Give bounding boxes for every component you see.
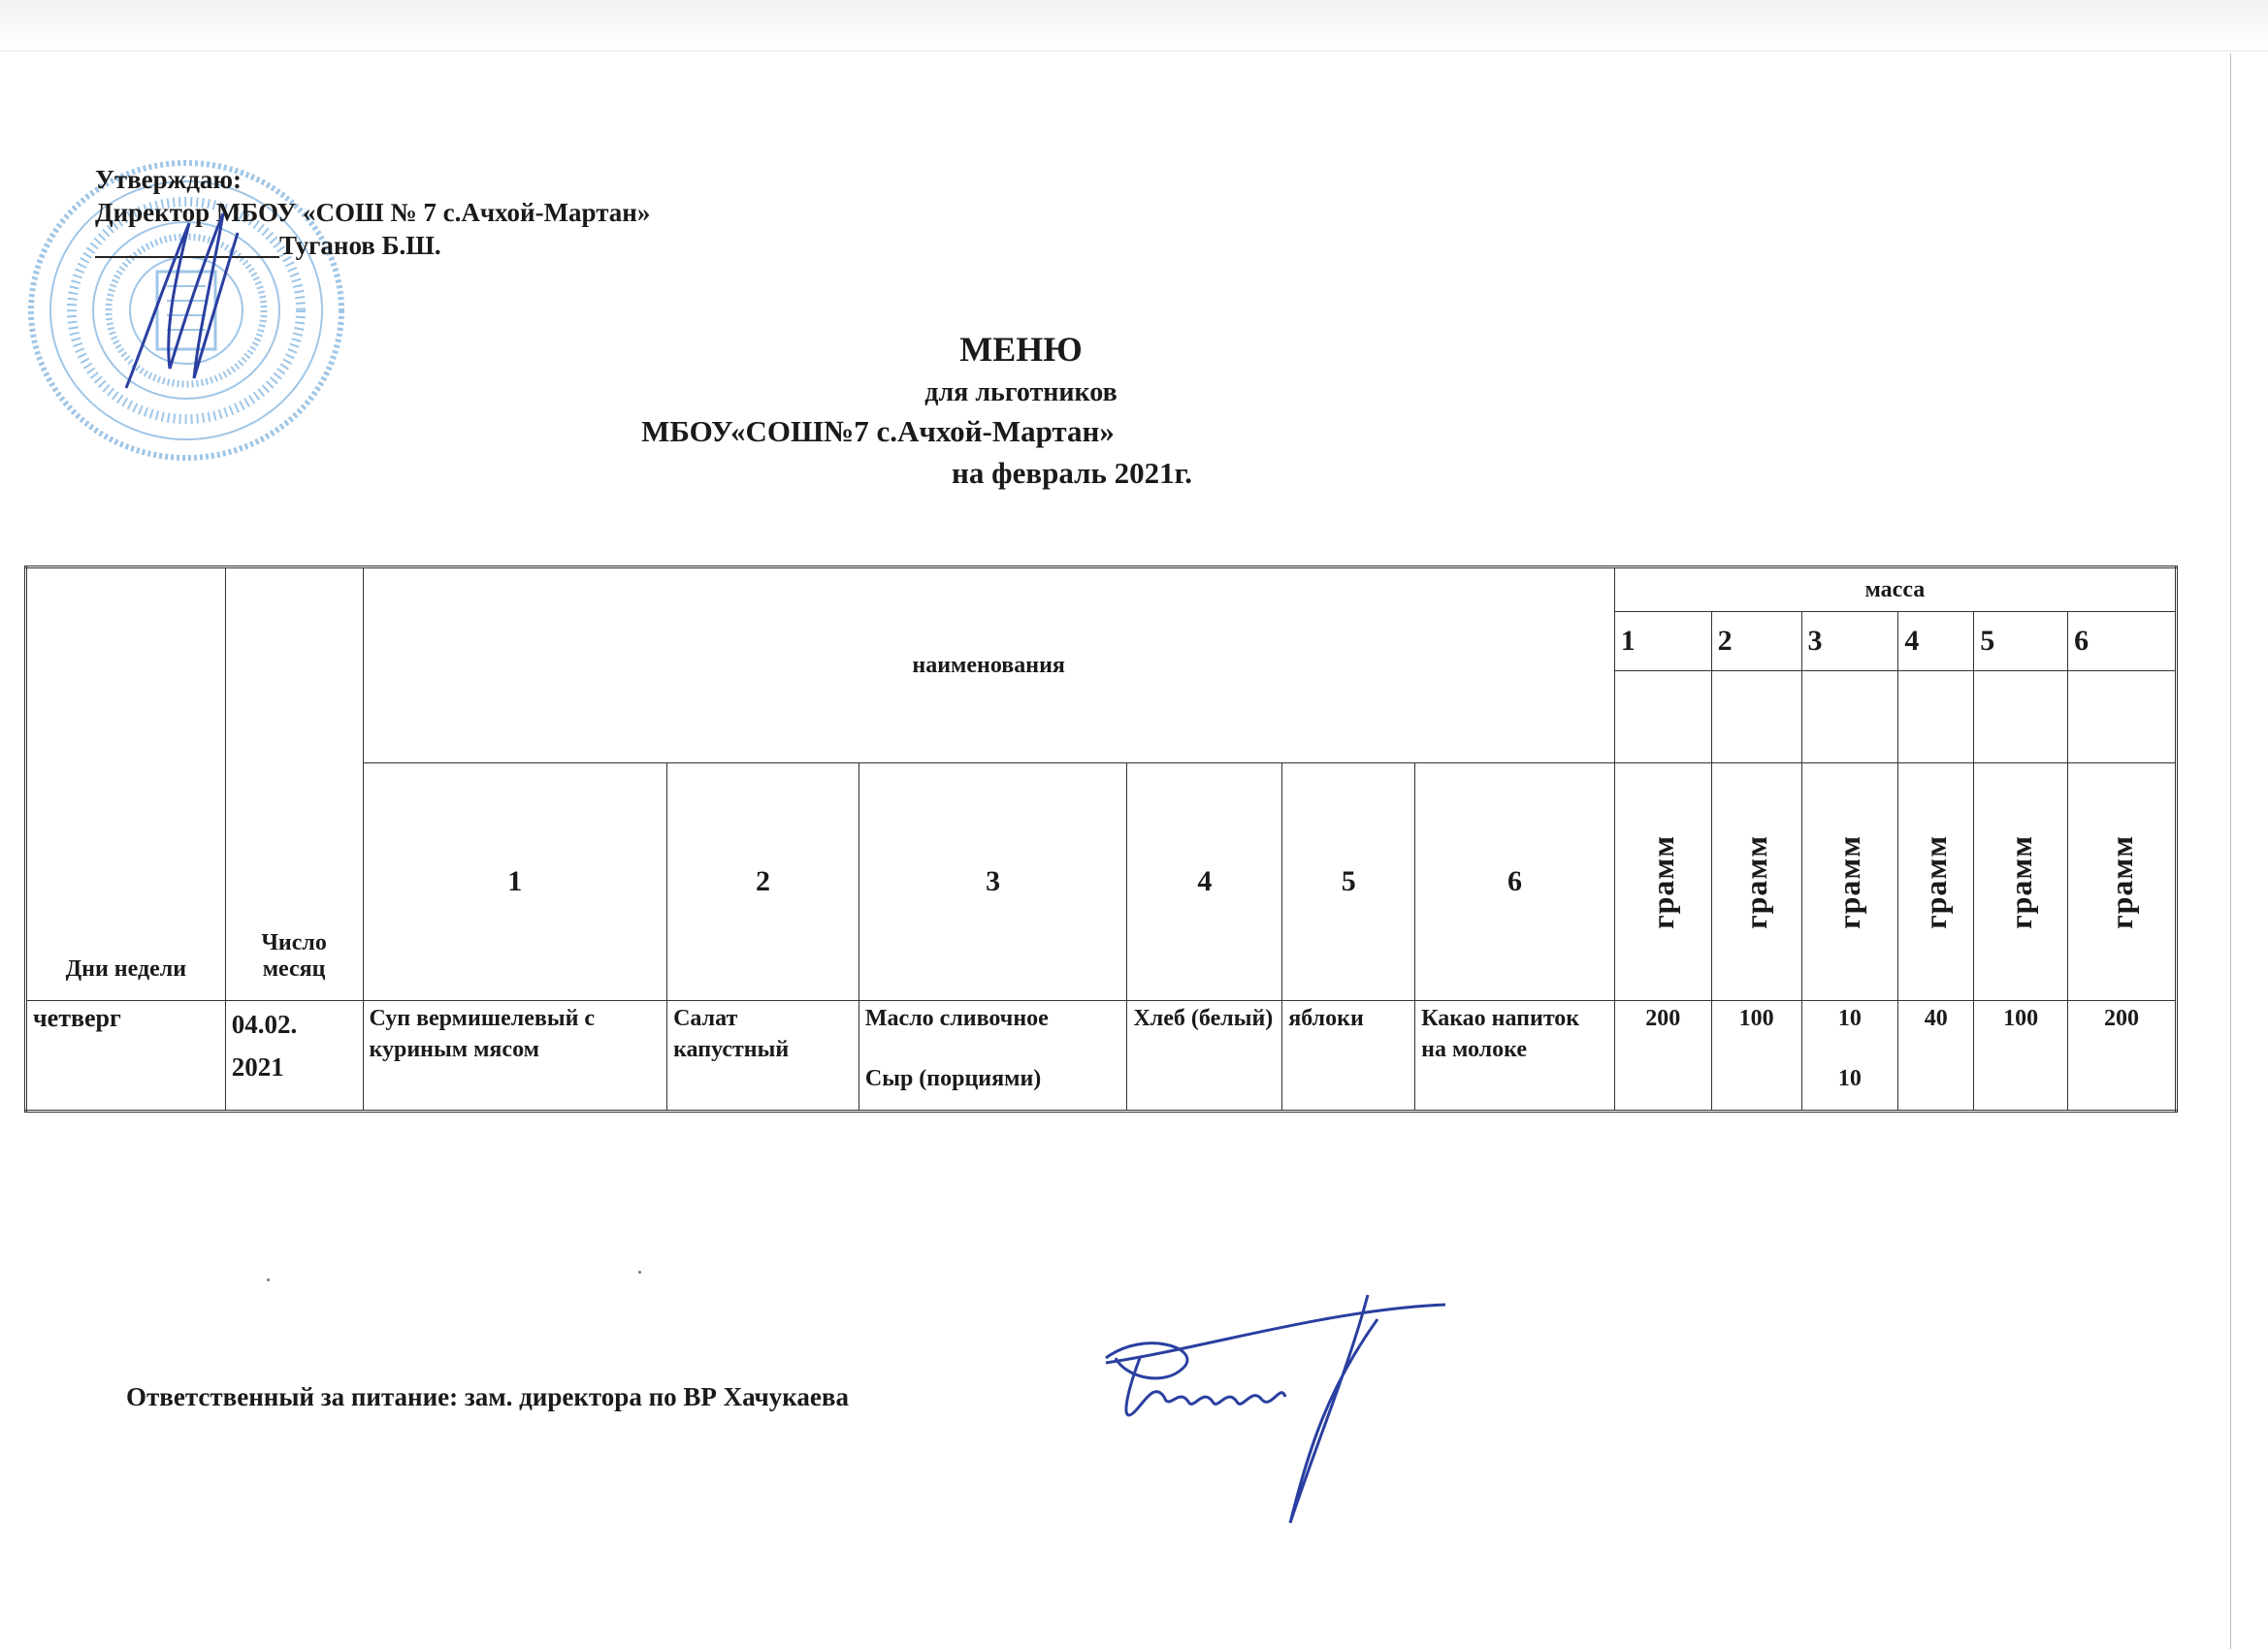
cell-dish-2: Салат капустный (667, 1001, 859, 1112)
name-number-3: 3 (859, 763, 1127, 1001)
mass-unit-5: грамм (1974, 763, 2068, 1001)
cell-mass-1: 200 (1614, 1001, 1711, 1112)
responsible-person: Ответственный за питание: зам. директора… (126, 1382, 849, 1412)
scan-speck (638, 1271, 641, 1274)
menu-table: Дни недели Число месяц наименования масс… (24, 566, 2178, 1113)
mass-unit-label: грамм (1645, 835, 1681, 929)
cell-mass-2: 100 (1711, 1001, 1801, 1112)
responsible-signature-icon (1086, 1290, 1455, 1533)
cell-dish-6: Какао напиток на молоке (1415, 1001, 1615, 1112)
scan-edge-right (2230, 53, 2231, 1649)
cell-dish-3: Масло сливочное Сыр (порциями) (859, 1001, 1127, 1112)
header-date: Число месяц (225, 567, 363, 1001)
cell-date: 04.02. 2021 (225, 1001, 363, 1112)
cell-dish-5: яблоки (1282, 1001, 1415, 1112)
mass-unit-1: грамм (1614, 763, 1711, 1001)
mass-number-5: 5 (1974, 612, 2068, 671)
mass-unit-label: грамм (1831, 835, 1867, 929)
date-line-2: 2021 (232, 1046, 357, 1088)
name-number-6: 6 (1415, 763, 1615, 1001)
approval-name: Туганов Б.Ш. (279, 231, 441, 260)
scan-edge-top (0, 0, 2268, 51)
header-day-of-week: Дни недели (26, 567, 226, 1001)
cell-day: четверг (26, 1001, 226, 1112)
mass-empty-4 (1898, 671, 1974, 763)
dish-3-extra: Сыр (порциями) (865, 1063, 1121, 1094)
title-period: на февраль 2021г. (689, 451, 1455, 496)
scan-speck (267, 1278, 270, 1281)
mass-empty-6 (2068, 671, 2177, 763)
cell-dish-4: Хлеб (белый) (1127, 1001, 1282, 1112)
mass-unit-label: грамм (2003, 835, 2039, 929)
name-number-2: 2 (667, 763, 859, 1001)
mass-unit-4: грамм (1898, 763, 1974, 1001)
document-title: МЕНЮ для льготников МБОУ«СОШ№7 с.Ачхой-М… (582, 325, 1455, 496)
mass-number-4: 4 (1898, 612, 1974, 671)
name-number-5: 5 (1282, 763, 1415, 1001)
mass-unit-label: грамм (1918, 835, 1954, 929)
mass-empty-5 (1974, 671, 2068, 763)
table-row: четверг 04.02. 2021 Суп вермишелевый с к… (26, 1001, 2177, 1112)
cell-mass-3: 10 10 (1801, 1001, 1898, 1112)
mass-empty-3 (1801, 671, 1898, 763)
mass-unit-label: грамм (1738, 835, 1774, 929)
title-subtitle: для льготников (582, 373, 1455, 412)
cell-mass-6: 200 (2068, 1001, 2177, 1112)
name-number-4: 4 (1127, 763, 1282, 1001)
mass-unit-3: грамм (1801, 763, 1898, 1001)
mass-number-3: 3 (1801, 612, 1898, 671)
mass-number-6: 6 (2068, 612, 2177, 671)
name-number-1: 1 (363, 763, 667, 1001)
approval-label: Утверждаю: (95, 163, 650, 196)
mass-empty-2 (1711, 671, 1801, 763)
title-school: МБОУ«СОШ№7 с.Ачхой-Мартан» (301, 412, 1455, 451)
mass-unit-label: грамм (2104, 835, 2140, 929)
header-mass: масса (1614, 567, 2176, 612)
mass-empty-1 (1614, 671, 1711, 763)
date-line-1: 04.02. (232, 1003, 357, 1046)
dish-3-main: Масло сливочное (865, 1003, 1121, 1034)
mass-3-extra: 10 (1808, 1063, 1893, 1094)
cell-mass-5: 100 (1974, 1001, 2068, 1112)
cell-dish-1: Суп вермишелевый с куриным мясом (363, 1001, 667, 1112)
header-names: наименования (363, 567, 1614, 763)
cell-mass-4: 40 (1898, 1001, 1974, 1112)
mass-number-2: 2 (1711, 612, 1801, 671)
mass-3-main: 10 (1808, 1003, 1893, 1034)
title-heading: МЕНЮ (582, 325, 1455, 373)
mass-unit-6: грамм (2068, 763, 2177, 1001)
mass-number-1: 1 (1614, 612, 1711, 671)
director-signature-icon (116, 204, 243, 398)
mass-unit-2: грамм (1711, 763, 1801, 1001)
